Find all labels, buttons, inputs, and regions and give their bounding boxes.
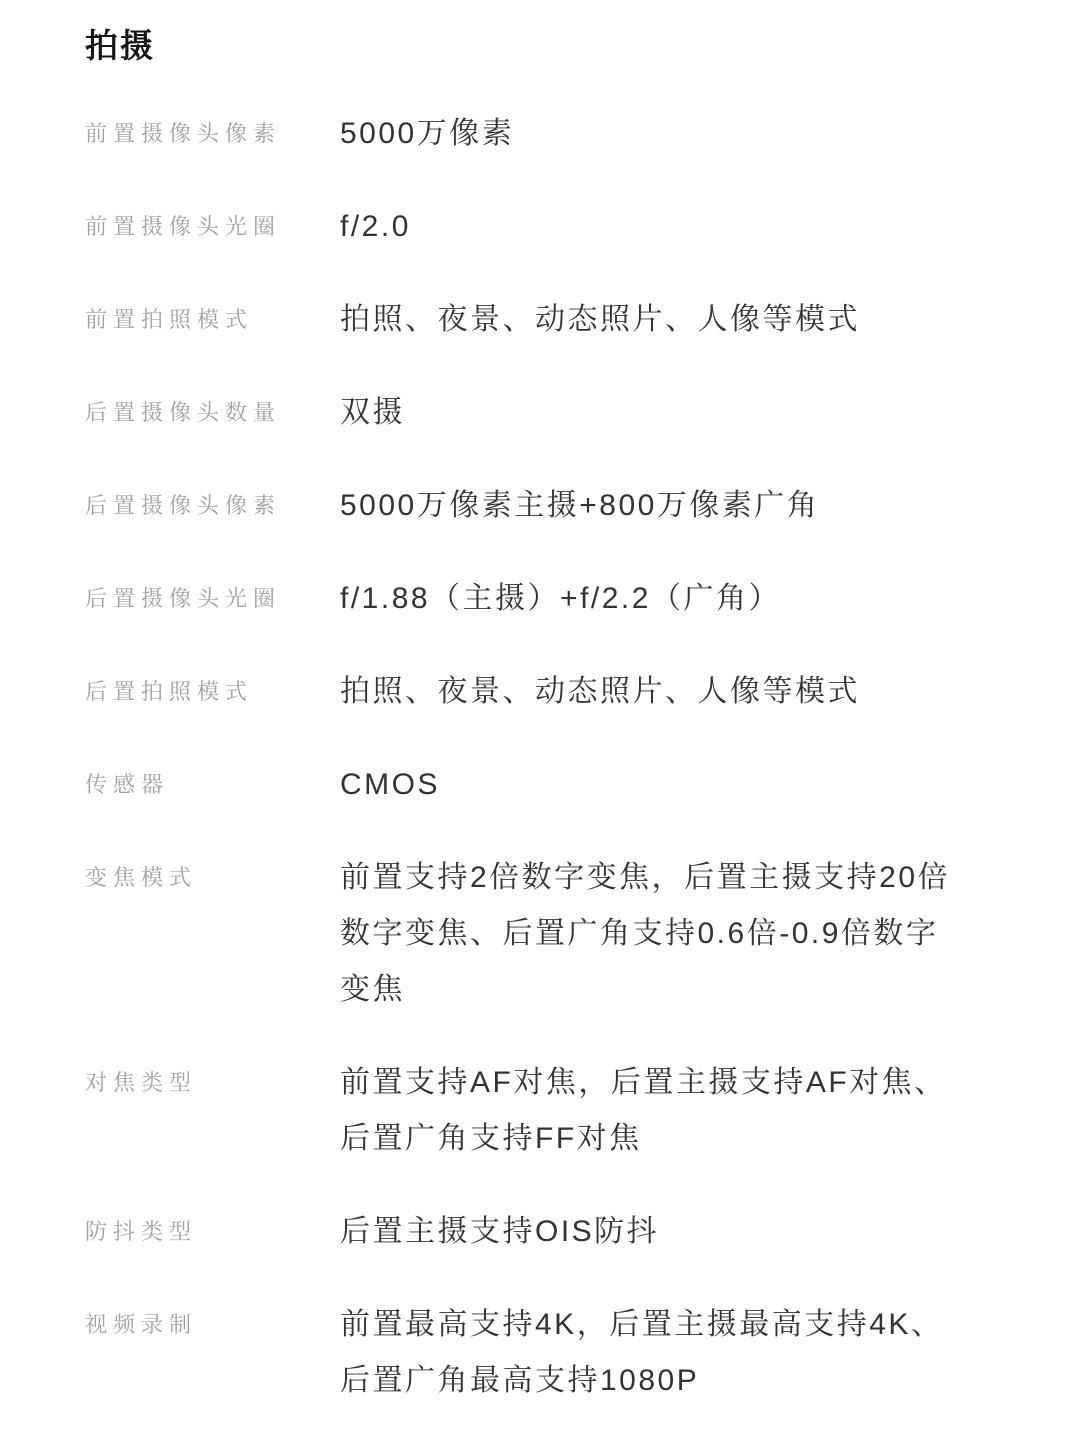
spec-value: 5000万像素: [340, 106, 1039, 162]
spec-row-video-recording: 视频录制 前置最高支持4K，后置主摄最高支持4K、 后置广角最高支持1080P: [85, 1297, 1039, 1409]
spec-row-focus-type: 对焦类型 前置支持AF对焦，后置主摄支持AF对焦、 后置广角支持FF对焦: [85, 1055, 1039, 1167]
spec-label: 防抖类型: [85, 1204, 340, 1260]
spec-table: 前置摄像头像素 5000万像素 前置摄像头光圈 f/2.0 前置拍照模式 拍照、…: [85, 106, 1039, 1409]
spec-value: f/1.88（主摄）+f/2.2（广角）: [340, 571, 1039, 627]
spec-value: 后置主摄支持OIS防抖: [340, 1204, 1039, 1260]
spec-row-rear-camera-aperture: 后置摄像头光圈 f/1.88（主摄）+f/2.2（广角）: [85, 571, 1039, 627]
spec-value: CMOS: [340, 757, 1039, 813]
spec-row-front-camera-aperture: 前置摄像头光圈 f/2.0: [85, 199, 1039, 255]
spec-value: 5000万像素主摄+800万像素广角: [340, 478, 1039, 534]
spec-value: f/2.0: [340, 199, 1039, 255]
spec-value: 拍照、夜景、动态照片、人像等模式: [340, 292, 1039, 348]
spec-label: 传感器: [85, 757, 340, 813]
spec-label: 视频录制: [85, 1297, 340, 1353]
spec-label: 对焦类型: [85, 1055, 340, 1111]
spec-value: 前置支持2倍数字变焦，后置主摄支持20倍 数字变焦、后置广角支持0.6倍-0.9…: [340, 850, 1039, 1018]
spec-value: 双摄: [340, 385, 1039, 441]
section-title: 拍摄: [85, 24, 1039, 68]
spec-label: 变焦模式: [85, 850, 340, 906]
spec-label: 前置拍照模式: [85, 292, 340, 348]
camera-spec-page: 拍摄 前置摄像头像素 5000万像素 前置摄像头光圈 f/2.0 前置拍照模式 …: [0, 0, 1079, 1434]
spec-row-front-photo-modes: 前置拍照模式 拍照、夜景、动态照片、人像等模式: [85, 292, 1039, 348]
spec-row-rear-photo-modes: 后置拍照模式 拍照、夜景、动态照片、人像等模式: [85, 664, 1039, 720]
spec-value: 前置最高支持4K，后置主摄最高支持4K、 后置广角最高支持1080P: [340, 1297, 1039, 1409]
spec-row-stabilization-type: 防抖类型 后置主摄支持OIS防抖: [85, 1204, 1039, 1260]
spec-row-zoom-mode: 变焦模式 前置支持2倍数字变焦，后置主摄支持20倍 数字变焦、后置广角支持0.6…: [85, 850, 1039, 1018]
spec-label: 后置摄像头光圈: [85, 571, 340, 627]
spec-value: 拍照、夜景、动态照片、人像等模式: [340, 664, 1039, 720]
spec-value: 前置支持AF对焦，后置主摄支持AF对焦、 后置广角支持FF对焦: [340, 1055, 1039, 1167]
spec-row-rear-camera-pixels: 后置摄像头像素 5000万像素主摄+800万像素广角: [85, 478, 1039, 534]
spec-label: 前置摄像头像素: [85, 106, 340, 162]
spec-row-front-camera-pixels: 前置摄像头像素 5000万像素: [85, 106, 1039, 162]
spec-row-sensor: 传感器 CMOS: [85, 757, 1039, 813]
spec-row-rear-camera-count: 后置摄像头数量 双摄: [85, 385, 1039, 441]
spec-label: 前置摄像头光圈: [85, 199, 340, 255]
spec-label: 后置摄像头像素: [85, 478, 340, 534]
spec-label: 后置拍照模式: [85, 664, 340, 720]
spec-label: 后置摄像头数量: [85, 385, 340, 441]
